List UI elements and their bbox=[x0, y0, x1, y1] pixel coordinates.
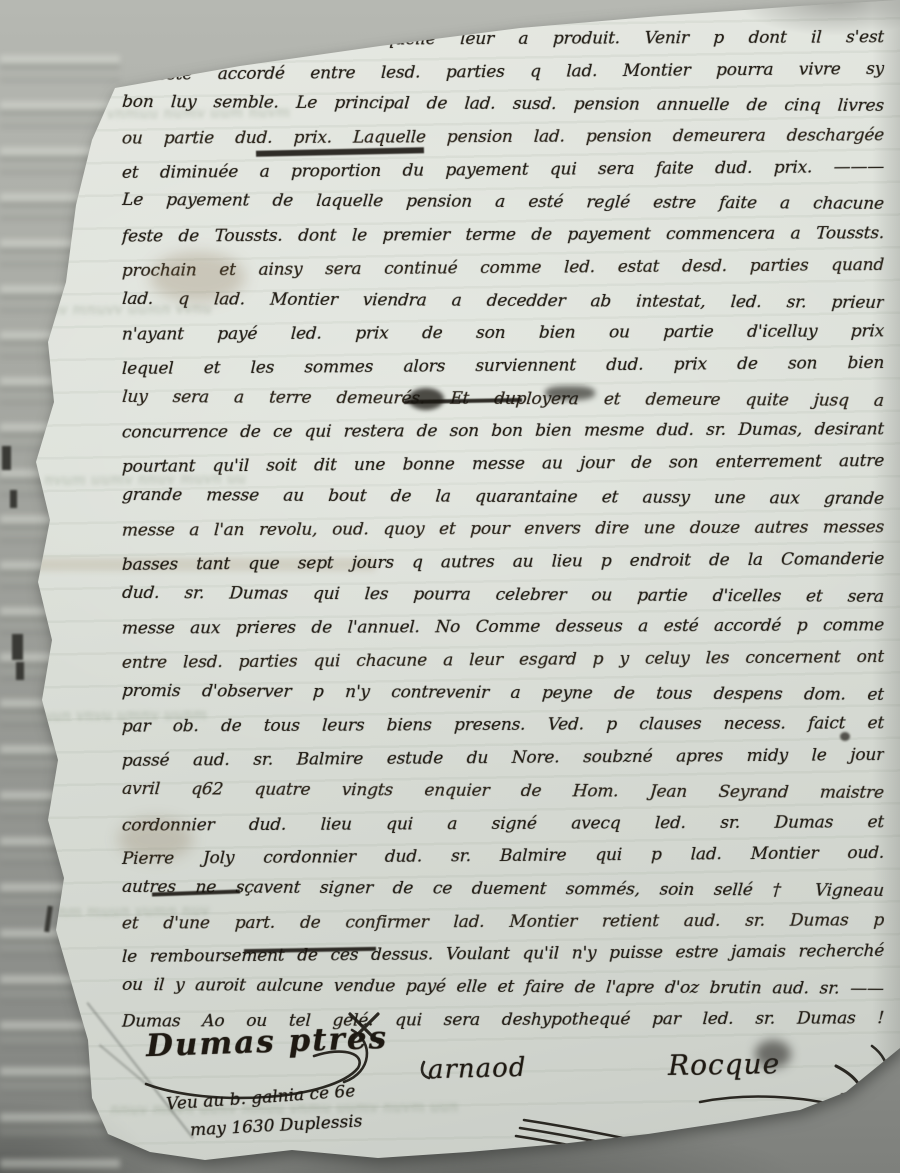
ink-smudge bbox=[810, 1146, 828, 1160]
rocque-paraph bbox=[712, 1116, 858, 1148]
manuscript-line: feste de Toussts. dont le premier terme … bbox=[121, 217, 885, 253]
manuscript-line: appert par les actes quelle leur a produ… bbox=[121, 21, 885, 57]
manuscript-line: Pierre Joly cordonnier dud. sr. Balmire … bbox=[121, 837, 884, 876]
ink-smudge bbox=[828, 1118, 854, 1138]
signature-arnaud: arnaod bbox=[428, 1053, 527, 1086]
manuscript-line: entre lesd. parties qui chacune a leur e… bbox=[121, 641, 884, 680]
manuscript-line: avril q62 quatre vingts enquier de Hom. … bbox=[121, 773, 885, 810]
manuscript-line: bon luy semble. Le principal de lad. sus… bbox=[121, 86, 885, 123]
ink-dot bbox=[840, 732, 850, 741]
note-flourish bbox=[516, 1136, 664, 1166]
ink-blot bbox=[545, 386, 595, 400]
manuscript-line: concurrence de ce qui restera de son bon… bbox=[121, 414, 885, 450]
manuscript-line: le remboursement de ces dessus. Voulant … bbox=[121, 935, 884, 974]
manuscript-body: appert par les actes quelle leur a produ… bbox=[122, 23, 884, 1036]
manuscript-photo: nummuv vnmuu numv uum nuvm uunv mnuvv uu… bbox=[0, 0, 900, 1173]
paper-wrapper: nummuv vnmuu numv uum nuvm uunv mnuvv uu… bbox=[0, 0, 900, 1173]
rocque-paraph-curl bbox=[686, 1134, 708, 1160]
edge-ink-mark bbox=[704, 1, 715, 7]
manuscript-line: n'ayant payé led. prix de son bien ou pa… bbox=[121, 316, 885, 352]
manuscript-line: messe aux prieres de l'annuel. No Comme … bbox=[121, 610, 885, 646]
manuscript-line: ou il y auroit aulcune vendue payé elle … bbox=[121, 969, 885, 1006]
rocque-bracket bbox=[868, 1046, 887, 1100]
rocque-paraph bbox=[700, 1097, 854, 1112]
manuscript-paper: nummuv vnmuu numv uum nuvm uunv mnuvv uu… bbox=[0, 0, 900, 1173]
background-ink-mark bbox=[2, 446, 11, 470]
manuscript-line: dud. sr. Dumas qui les pourra celebrer o… bbox=[121, 577, 885, 614]
manuscript-line: et d'une part. de confirmer lad. Montier… bbox=[121, 904, 885, 940]
manuscript-line: Le payement de laquelle pension a esté r… bbox=[121, 184, 885, 221]
manuscript-line: a esté accordé entre lesd. parties q lad… bbox=[121, 53, 884, 92]
manuscript-line: pourtant qu'il soit dit une bonne messe … bbox=[121, 445, 884, 484]
stain bbox=[150, 252, 245, 302]
manuscript-line: par ob. de tous leurs biens presens. Ved… bbox=[121, 708, 885, 744]
manuscript-line: promis d'observer p n'y contrevenir a pe… bbox=[121, 675, 885, 712]
manuscript-line: basses tant que sept jours q autres au l… bbox=[121, 543, 884, 582]
ink-blot bbox=[408, 388, 444, 410]
marginal-scribble: ruj bbox=[839, 1085, 863, 1106]
background-ink-mark bbox=[10, 490, 17, 508]
background-ink-mark bbox=[16, 662, 24, 680]
stain bbox=[118, 818, 193, 860]
manuscript-line: lequel et les sommes alors surviennent d… bbox=[121, 347, 884, 386]
note-flourish bbox=[524, 1120, 674, 1150]
manuscript-line: grande messe au bout de la quarantaine e… bbox=[121, 479, 885, 516]
note-flourish bbox=[520, 1128, 670, 1158]
manuscript-line: cordonnier dud. lieu qui a signé avecq l… bbox=[121, 806, 885, 842]
signature-dumas: Dumas ptres bbox=[145, 1020, 388, 1064]
note-flourish-loop bbox=[654, 1147, 680, 1170]
edge-ink-mark bbox=[648, 0, 676, 7]
manuscript-line: ou partie dud. prix. Laquelle pension la… bbox=[121, 119, 885, 155]
ink-smudge bbox=[755, 1040, 791, 1068]
manuscript-line: messe a l'an revolu, oud. quoy et pour e… bbox=[121, 512, 885, 548]
manuscript-line: passé aud. sr. Balmire estude du Nore. s… bbox=[121, 739, 884, 778]
background-ink-mark bbox=[12, 634, 23, 660]
